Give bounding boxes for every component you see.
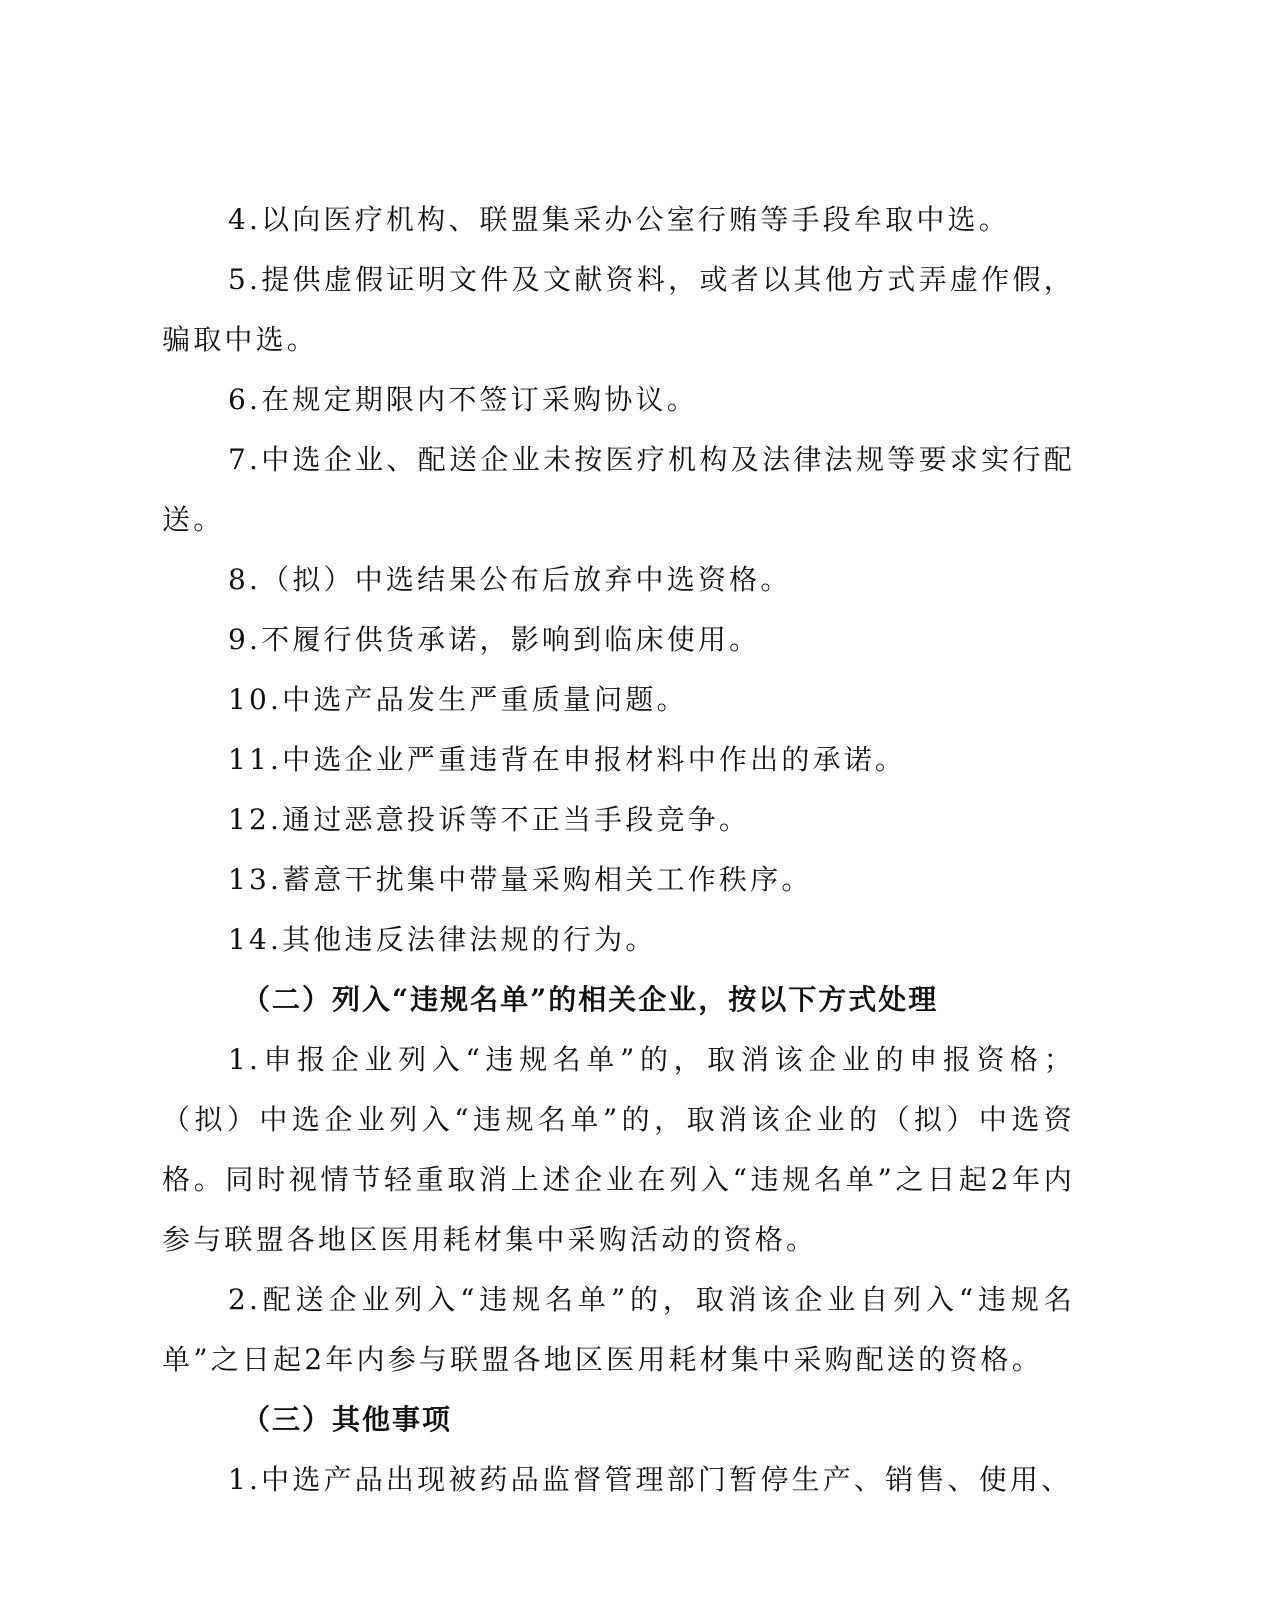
section2-paragraph-2: 2.配送企业列入“违规名单”的，取消该企业自列入“违规名单”之日起2年内参与联盟… xyxy=(162,1270,1075,1390)
paragraph-item-10: 10.中选产品发生严重质量问题。 xyxy=(162,670,1075,730)
paragraph-item-9: 9.不履行供货承诺，影响到临床使用。 xyxy=(162,610,1075,670)
paragraph-item-11: 11.中选企业严重违背在申报材料中作出的承诺。 xyxy=(162,730,1075,790)
section-heading-2: （二）列入“违规名单”的相关企业，按以下方式处理 xyxy=(162,970,1075,1030)
section3-paragraph-1: 1.中选产品出现被药品监督管理部门暂停生产、销售、使用、 xyxy=(162,1450,1075,1510)
section-heading-3: （三）其他事项 xyxy=(162,1390,1075,1450)
document-page: 4.以向医疗机构、联盟集采办公室行贿等手段牟取中选。 5.提供虚假证明文件及文献… xyxy=(162,190,1075,1510)
paragraph-item-8: 8.（拟）中选结果公布后放弃中选资格。 xyxy=(162,550,1075,610)
paragraph-item-6: 6.在规定期限内不签订采购协议。 xyxy=(162,370,1075,430)
paragraph-item-7: 7.中选企业、配送企业未按医疗机构及法律法规等要求实行配送。 xyxy=(162,430,1075,550)
paragraph-item-5: 5.提供虚假证明文件及文献资料，或者以其他方式弄虚作假，骗取中选。 xyxy=(162,250,1075,370)
paragraph-item-13: 13.蓄意干扰集中带量采购相关工作秩序。 xyxy=(162,850,1075,910)
paragraph-item-14: 14.其他违反法律法规的行为。 xyxy=(162,910,1075,970)
paragraph-item-12: 12.通过恶意投诉等不正当手段竞争。 xyxy=(162,790,1075,850)
section2-paragraph-1: 1.申报企业列入“违规名单”的，取消该企业的申报资格；（拟）中选企业列入“违规名… xyxy=(162,1030,1075,1270)
paragraph-item-4: 4.以向医疗机构、联盟集采办公室行贿等手段牟取中选。 xyxy=(162,190,1075,250)
